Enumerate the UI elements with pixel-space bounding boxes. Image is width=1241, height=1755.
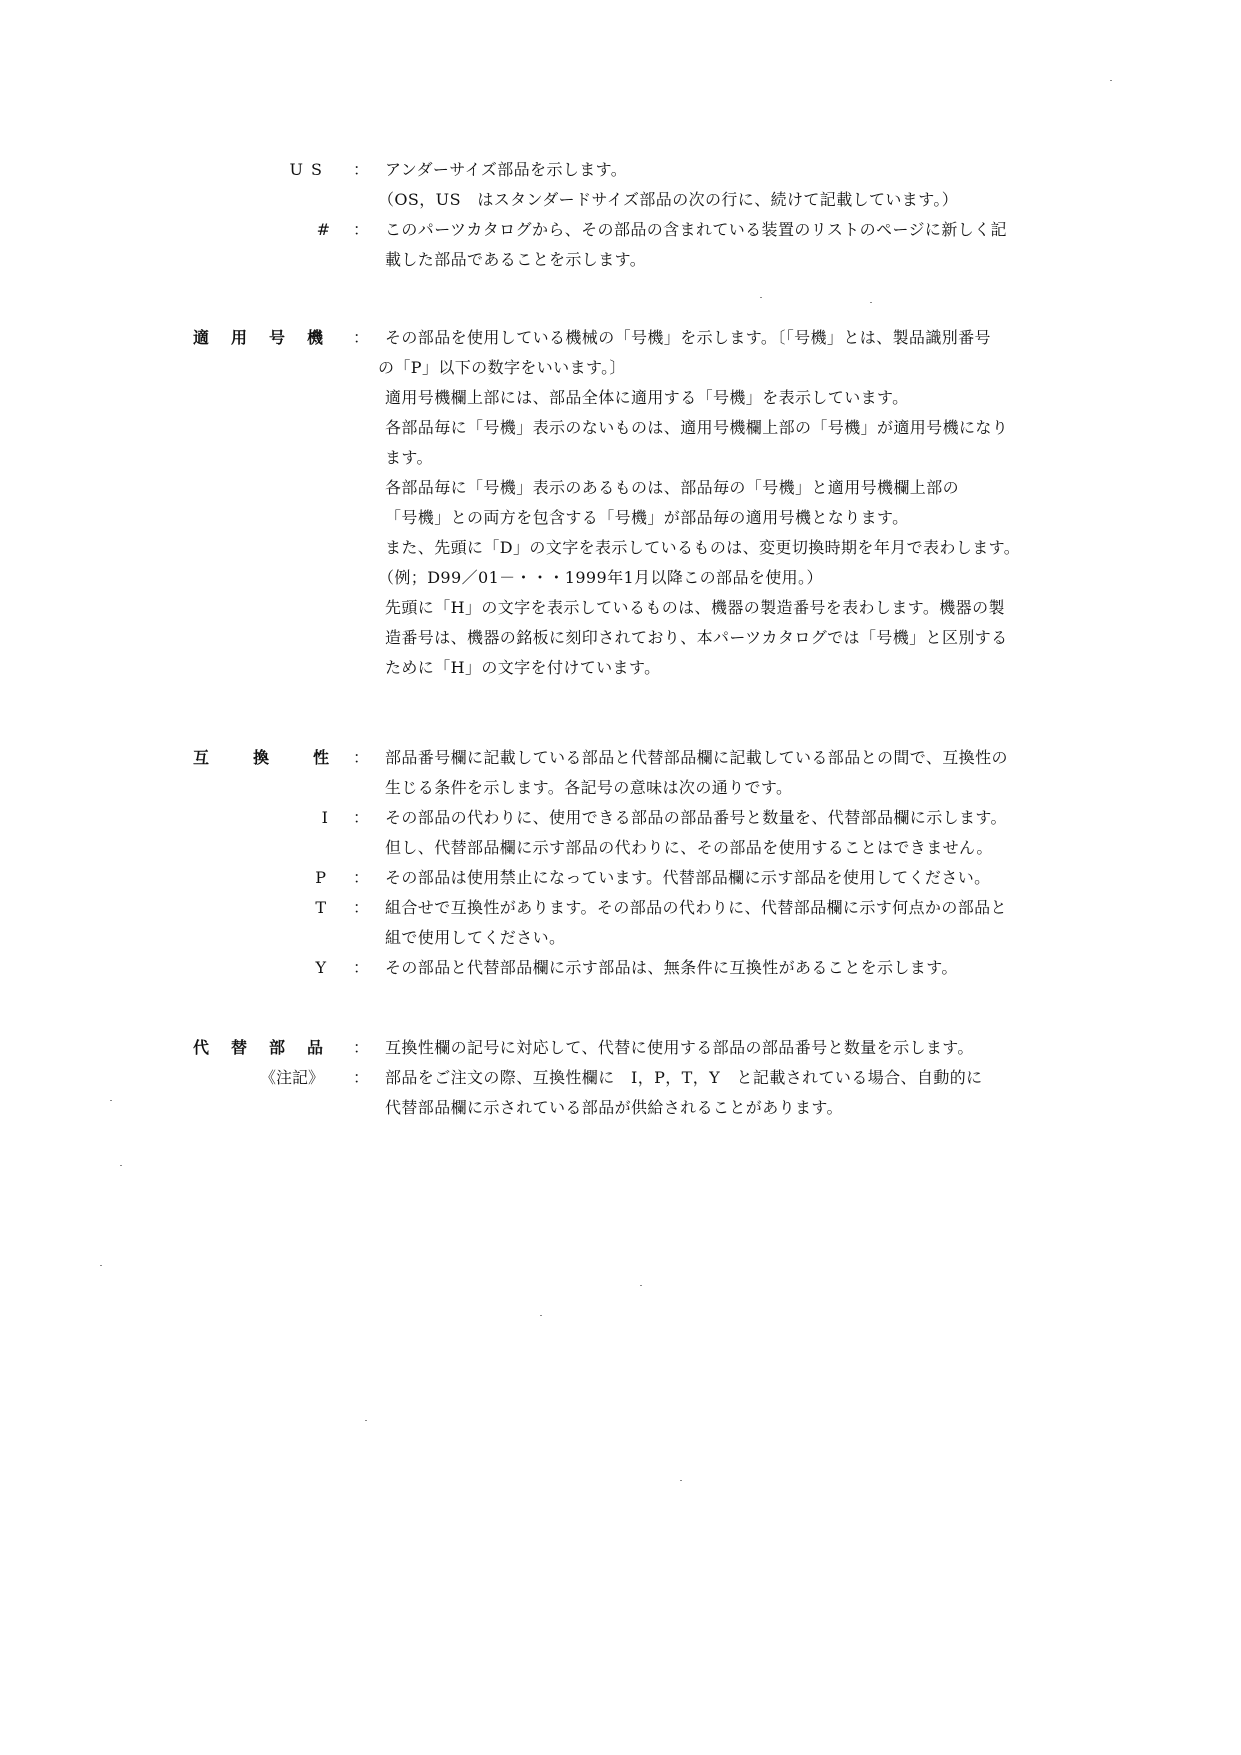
definition-text: 組合せで互換性があります。その部品の代わりに、代替部品欄に示す何点かの部品と — [385, 893, 1007, 923]
definition-text: 各部品毎に「号機」表示のないものは、適用号機欄上部の「号機」が適用号機になり — [385, 413, 1008, 443]
scan-speck — [100, 1265, 102, 1266]
code-i: I ： その部品の代わりに、使用できる部品の部品番号と数量を、代替部品欄に示しま… — [0, 803, 1241, 833]
code-label: T — [311, 893, 326, 923]
colon: ： — [353, 863, 367, 893]
definition-text: 造番号は、機器の銘板に刻印されており、本パーツカタログでは「号機」と区別する — [385, 623, 1008, 653]
term-us: US — [285, 155, 330, 185]
definition-applicable-unit: 適用号機 ： その部品を使用している機械の「号機」を示します。〔「号機」とは、製… — [0, 323, 1241, 353]
definition-line: 先頭に「H」の文字を表示しているものは、機器の製造番号を表わします。機器の製 — [0, 593, 1241, 623]
definition-us: US ： アンダーサイズ部品を示します。 — [0, 155, 1241, 185]
code-t: T ： 組合せで互換性があります。その部品の代わりに、代替部品欄に示す何点かの部… — [0, 893, 1241, 923]
definition-line: 組で使用してください。 — [0, 923, 1241, 953]
definition-line: 代替部品欄に示されている部品が供給されることがあります。 — [0, 1093, 1241, 1123]
definition-text: 互換性欄の記号に対応して、代替に使用する部品の部品番号と数量を示します。 — [385, 1033, 974, 1063]
definition-text: の「P」以下の数字をいいます。〕 — [378, 353, 626, 383]
definition-hash: # ： このパーツカタログから、その部品の含まれている装置のリストのページに新し… — [0, 215, 1241, 245]
scan-speck — [540, 1315, 542, 1316]
definition-text: 但し、代替部品欄に示す部品の代わりに、その部品を使用することはできません。 — [385, 833, 993, 863]
definition-text: アンダーサイズ部品を示します。 — [385, 155, 627, 185]
definition-line: （例；D99／01－・・・1999年1月以降この部品を使用。） — [0, 563, 1241, 593]
definition-line: 生じる条件を示します。各記号の意味は次の通りです。 — [0, 773, 1241, 803]
definition-text: その部品と代替部品欄に示す部品は、無条件に互換性があることを示します。 — [385, 953, 958, 983]
definition-text: （OS，US はスタンダードサイズ部品の次の行に、続けて記載しています。） — [378, 185, 958, 215]
colon: ： — [353, 215, 367, 245]
code-label: P — [311, 863, 326, 893]
definition-line: 造番号は、機器の銘板に刻印されており、本パーツカタログでは「号機」と区別する — [0, 623, 1241, 653]
definition-text: 各部品毎に「号機」表示のあるものは、部品毎の「号機」と適用号機欄上部の — [385, 473, 959, 503]
colon: ： — [353, 1033, 367, 1063]
colon: ： — [353, 323, 367, 353]
scan-speck — [640, 1285, 642, 1286]
scan-speck — [120, 1165, 122, 1166]
definition-text: 部品をご注文の際、互換性欄に I，P，T，Y と記載されている場合、自動的に — [385, 1063, 983, 1093]
term-substitute: 代替部品 — [193, 1033, 345, 1063]
definition-compatibility: 互換性 ： 部品番号欄に記載している部品と代替部品欄に記載している部品との間で、… — [0, 743, 1241, 773]
note: 《注記》 ： 部品をご注文の際、互換性欄に I，P，T，Y と記載されている場合… — [0, 1063, 1241, 1093]
definition-line: の「P」以下の数字をいいます。〕 — [0, 353, 1241, 383]
note-label: 《注記》 — [260, 1063, 324, 1093]
definition-text: ます。 — [385, 443, 433, 473]
term-applicable-unit: 適用号機 — [193, 323, 345, 353]
definition-line: 各部品毎に「号機」表示のないものは、適用号機欄上部の「号機」が適用号機になり — [0, 413, 1241, 443]
term-compatibility: 互換性 — [193, 743, 373, 773]
definition-line: 但し、代替部品欄に示す部品の代わりに、その部品を使用することはできません。 — [0, 833, 1241, 863]
scan-speck — [870, 302, 872, 303]
colon: ： — [353, 1063, 367, 1093]
definition-text: 部品番号欄に記載している部品と代替部品欄に記載している部品との間で、互換性の — [385, 743, 1008, 773]
scan-speck — [760, 297, 762, 298]
code-label: Y — [311, 953, 326, 983]
colon: ： — [353, 743, 367, 773]
definition-text: 生じる条件を示します。各記号の意味は次の通りです。 — [385, 773, 792, 803]
definition-text: また、先頭に「D」の文字を表示しているものは、変更切換時期を年月で表わします。 — [385, 533, 1020, 563]
definition-text: その部品の代わりに、使用できる部品の部品番号と数量を、代替部品欄に示します。 — [385, 803, 1007, 833]
definition-substitute: 代替部品 ： 互換性欄の記号に対応して、代替に使用する部品の部品番号と数量を示し… — [0, 1033, 1241, 1063]
definition-text: 先頭に「H」の文字を表示しているものは、機器の製造番号を表わします。機器の製 — [385, 593, 1005, 623]
definition-line: ために「H」の文字を付けています。 — [0, 653, 1241, 683]
colon: ： — [353, 953, 367, 983]
colon: ： — [353, 803, 367, 833]
definition-line: 適用号機欄上部には、部品全体に適用する「号機」を表示しています。 — [0, 383, 1241, 413]
definition-text: その部品は使用禁止になっています。代替部品欄に示す部品を使用してください。 — [385, 863, 991, 893]
definition-line: 各部品毎に「号機」表示のあるものは、部品毎の「号機」と適用号機欄上部の — [0, 473, 1241, 503]
scan-speck — [680, 1480, 682, 1481]
definition-us-line: （OS，US はスタンダードサイズ部品の次の行に、続けて記載しています。） — [0, 185, 1241, 215]
definition-text: 組で使用してください。 — [385, 923, 565, 953]
code-y: Y ： その部品と代替部品欄に示す部品は、無条件に互換性があることを示します。 — [0, 953, 1241, 983]
definition-text: このパーツカタログから、その部品の含まれている装置のリストのページに新しく記 — [385, 215, 1007, 245]
scan-speck — [1110, 80, 1112, 81]
scan-speck — [365, 1420, 367, 1421]
document-page: US ： アンダーサイズ部品を示します。 （OS，US はスタンダードサイズ部品… — [0, 0, 1241, 1755]
colon: ： — [353, 893, 367, 923]
definition-text: その部品を使用している機械の「号機」を示します。〔「号機」とは、製品識別番号 — [385, 323, 991, 353]
definition-line: また、先頭に「D」の文字を表示しているものは、変更切換時期を年月で表わします。 — [0, 533, 1241, 563]
definition-line: ます。 — [0, 443, 1241, 473]
definition-text: 「号機」との両方を包含する「号機」が部品毎の適用号機となります。 — [385, 503, 909, 533]
term-hash: # — [300, 215, 330, 245]
definition-hash-line: 載した部品であることを示します。 — [0, 245, 1241, 275]
scan-speck — [110, 1100, 112, 1101]
code-p: P ： その部品は使用禁止になっています。代替部品欄に示す部品を使用してください… — [0, 863, 1241, 893]
definition-text: 代替部品欄に示されている部品が供給されることがあります。 — [385, 1093, 843, 1123]
definition-text: 適用号機欄上部には、部品全体に適用する「号機」を表示しています。 — [385, 383, 909, 413]
definition-text: （例；D99／01－・・・1999年1月以降この部品を使用。） — [378, 563, 823, 593]
definition-text: ために「H」の文字を付けています。 — [385, 653, 660, 683]
colon: ： — [353, 155, 367, 185]
definition-text: 載した部品であることを示します。 — [385, 245, 646, 275]
definition-line: 「号機」との両方を包含する「号機」が部品毎の適用号機となります。 — [0, 503, 1241, 533]
code-label: I — [313, 803, 328, 833]
